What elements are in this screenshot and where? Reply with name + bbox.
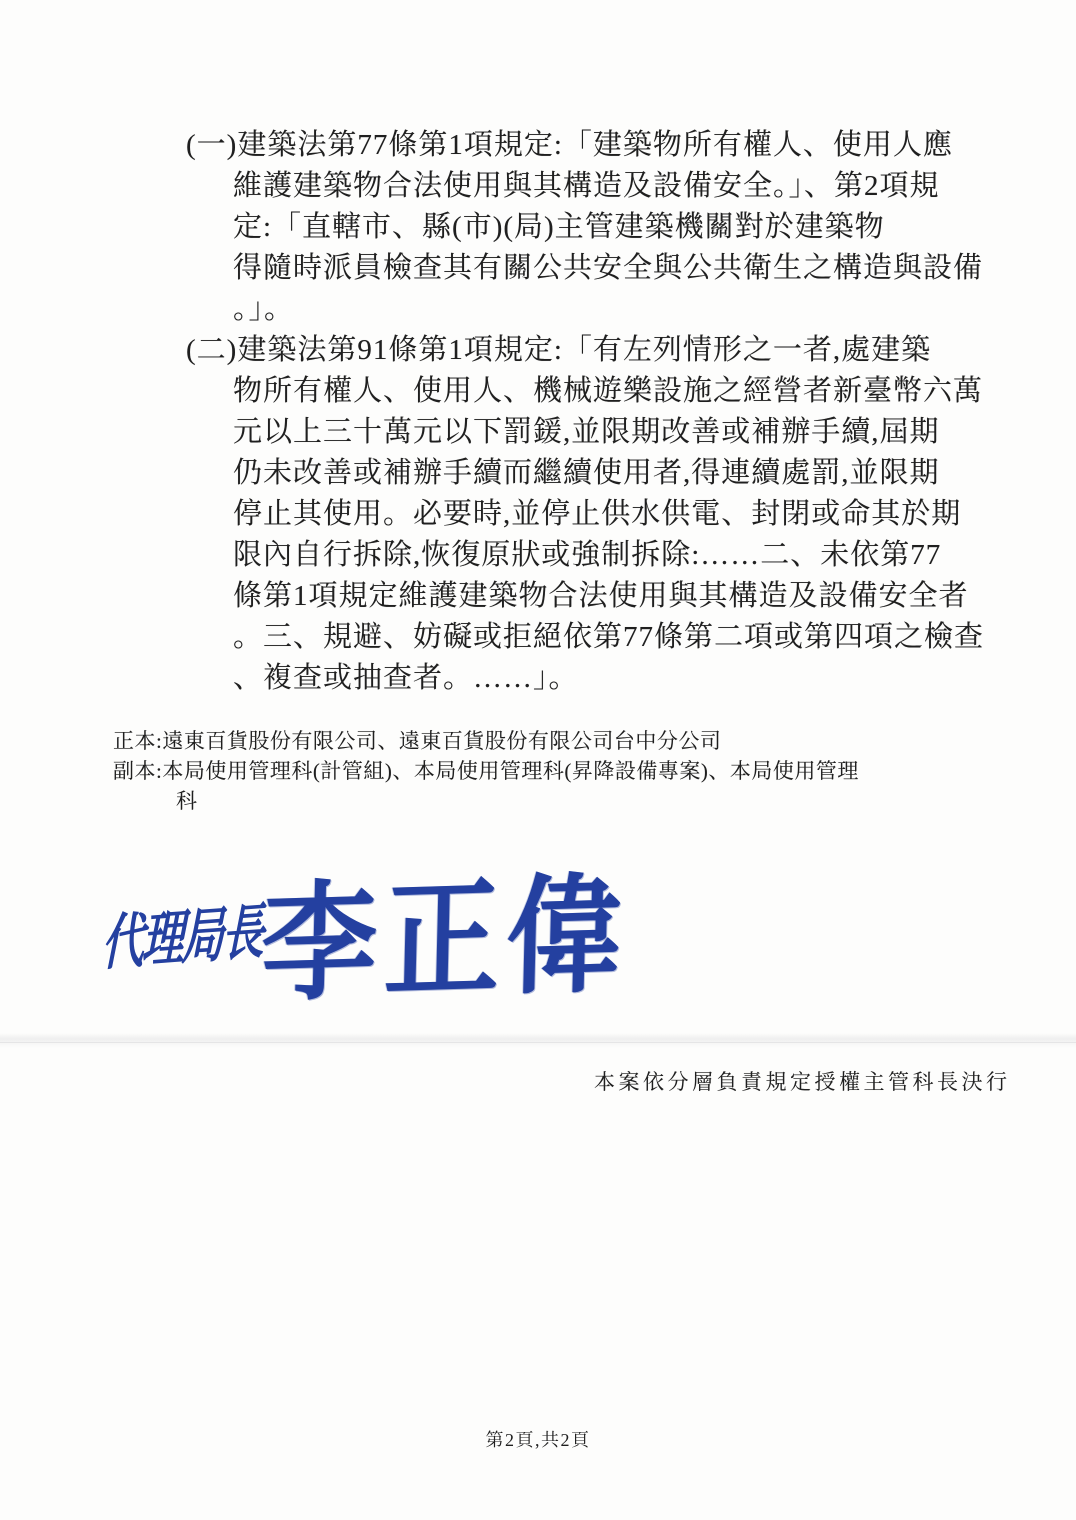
- delegation-note: 本案依分層負責規定授權主管科長決行: [594, 1066, 1011, 1096]
- paragraph-line: 仍未改善或補辦手續而繼續使用者,得連續處罰,並限期: [186, 453, 1016, 494]
- scan-artifact-band: [0, 1033, 1076, 1048]
- copy-recipient-text: 本局使用管理科(計管組)、本局使用管理科(昇降設備專案)、本局使用管理: [162, 759, 858, 783]
- paragraph-line: 、複查或抽查者。……」。: [186, 658, 1016, 699]
- paragraph-line: 定:「直轄市、縣(市)(局)主管建築機關對於建築物: [186, 207, 1016, 248]
- paragraph-line: 停止其使用。必要時,並停止供水供電、封閉或命其於期: [186, 494, 1016, 535]
- paragraph-line: 元以上三十萬元以下罰鍰,並限期改善或補辦手續,屆期: [186, 412, 1016, 453]
- page-number: 第2頁,共2頁: [0, 1426, 1076, 1452]
- document-page: (一)建築法第77條第1項規定:「建築物所有權人、使用人應 維護建築物合法使用與…: [0, 0, 1076, 1520]
- signature-title: 代理局長: [101, 884, 263, 982]
- original-recipient-text: 遠東百貨股份有限公司、遠東百貨股份有限公司台中分公司: [162, 729, 721, 753]
- paragraph-line: 得隨時派員檢查其有關公共安全與公共衛生之構造與設備: [186, 248, 1016, 289]
- copy-recipient-continuation: 科: [113, 786, 859, 816]
- legal-citation-body: (一)建築法第77條第1項規定:「建築物所有權人、使用人應 維護建築物合法使用與…: [186, 125, 1016, 699]
- paragraph-line: 物所有權人、使用人、機械遊樂設施之經營者新臺幣六萬: [186, 371, 1016, 412]
- paragraph-article-77: (一)建築法第77條第1項規定:「建築物所有權人、使用人應 維護建築物合法使用與…: [186, 125, 1016, 330]
- paragraph-line: 限內自行拆除,恢復原狀或強制拆除:……二、未依第77: [186, 535, 1016, 576]
- paragraph-line: (一)建築法第77條第1項規定:「建築物所有權人、使用人應: [186, 125, 1016, 166]
- paragraph-line: 維護建築物合法使用與其構造及設備安全。」、第2項規: [186, 166, 1016, 207]
- signature-name: 李正偉: [260, 831, 632, 1026]
- paragraph-line: (二)建築法第91條第1項規定:「有左列情形之一者,處建築: [186, 330, 1016, 371]
- paragraph-line: 。」。: [186, 289, 1016, 330]
- paragraph-line: 條第1項規定維護建築物合法使用與其構造及設備安全者: [186, 576, 1016, 617]
- original-recipient-line: 正本:遠東百貨股份有限公司、遠東百貨股份有限公司台中分公司: [113, 726, 859, 756]
- paragraph-article-91: (二)建築法第91條第1項規定:「有左列情形之一者,處建築 物所有權人、使用人、…: [186, 330, 1016, 699]
- original-recipient-label: 正本:: [113, 729, 162, 753]
- copy-recipient-label: 副本:: [113, 759, 162, 783]
- paragraph-line: 。三、規避、妨礙或拒絕依第77條第二項或第四項之檢查: [186, 617, 1016, 658]
- copy-recipient-text-cont: 科: [176, 789, 198, 813]
- copy-recipient-line: 副本:本局使用管理科(計管組)、本局使用管理科(昇降設備專案)、本局使用管理: [113, 756, 859, 786]
- recipients-block: 正本:遠東百貨股份有限公司、遠東百貨股份有限公司台中分公司 副本:本局使用管理科…: [113, 726, 859, 816]
